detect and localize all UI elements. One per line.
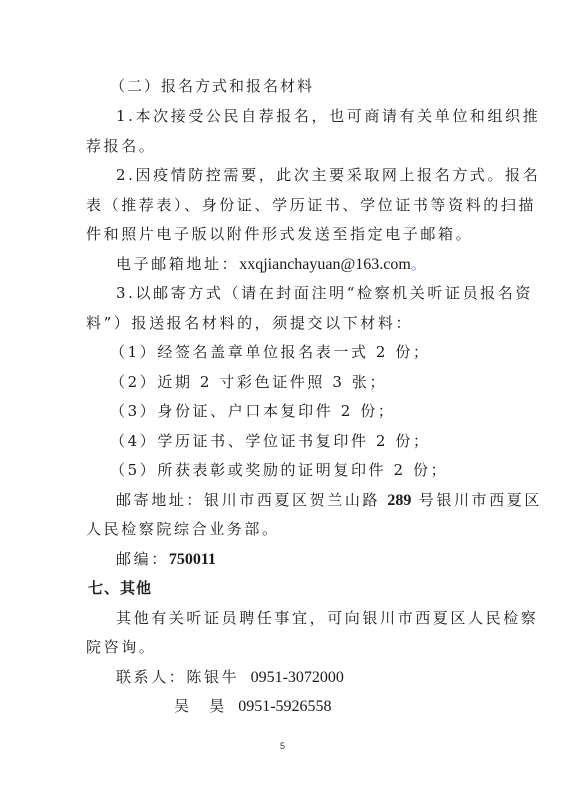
section-heading: （二）报名方式和报名材料 — [110, 76, 514, 96]
email-line: 电子邮箱地址：xxqjianchayuan@163.com。 — [116, 254, 520, 275]
mailing-address-line-2: 人民检察院综合业务部。 — [86, 519, 490, 539]
document-page: （二）报名方式和报名材料 1.本次接受公民自荐报名，也可商请有关单位和组织推 荐… — [0, 0, 565, 800]
paragraph-3-line-1: 3.以邮寄方式（请在封面注明“检察机关听证员报名资 — [116, 283, 520, 303]
materials-item-4: （4）学历证书、学位证书复印件 2 份； — [110, 431, 514, 451]
contact-phone: 0951-5926558 — [238, 698, 331, 715]
paragraph-1-line-2: 荐报名。 — [86, 136, 490, 156]
mailing-address-part: 号银川市西夏区 — [411, 491, 542, 509]
postcode-label: 邮编： — [116, 550, 169, 568]
mailing-address-label: 邮寄地址： — [116, 491, 204, 509]
paragraph-3-line-2: 料”）报送报名材料的，须提交以下材料： — [86, 313, 490, 333]
paragraph-2-line-3: 件和照片电子版以附件形式发送至指定电子邮箱。 — [86, 224, 490, 244]
paragraph-2-line-2: 表（推荐表）、身份证、学历证书、学位证书等资料的扫描 — [86, 195, 490, 215]
contacts-label: 联系人： — [116, 668, 186, 686]
email-label: 电子邮箱地址： — [116, 255, 239, 273]
mailing-address-line-1: 邮寄地址：银川市西夏区贺兰山路 289 号银川市西夏区 — [116, 490, 520, 511]
contact-name: 陈银牛 — [186, 668, 239, 686]
postcode-line: 邮编：750011 — [116, 549, 520, 570]
paragraph-1-line-1: 1.本次接受公民自荐报名，也可商请有关单位和组织推 — [116, 106, 520, 126]
contact-line-1: 联系人：陈银牛 0951-3072000 — [116, 667, 520, 688]
postcode-value: 750011 — [169, 551, 216, 568]
materials-item-3: （3）身份证、户口本复印件 2 份； — [110, 401, 514, 421]
email-address[interactable]: xxqjianchayuan@163.com — [239, 256, 411, 273]
contact-name: 吴 昊 — [174, 697, 227, 715]
contact-line-2: 吴 昊 0951-5926558 — [174, 696, 565, 717]
other-line-1: 其他有关听证员聘任事宜，可向银川市西夏区人民检察 — [116, 608, 520, 628]
materials-item-5: （5）所获表彰或奖励的证明复印件 2 份； — [110, 460, 514, 480]
email-suffix: 。 — [411, 255, 429, 273]
page-number: 5 — [0, 741, 565, 751]
other-line-2: 院咨询。 — [86, 637, 490, 657]
materials-item-1: （1）经签名盖章单位报名表一式 2 份； — [110, 342, 514, 362]
mailing-address-part: 银川市西夏区贺兰山路 — [204, 491, 387, 509]
street-number: 289 — [387, 492, 411, 509]
paragraph-2-line-1: 2.因疫情防控需要，此次主要采取网上报名方式。报名 — [116, 165, 520, 185]
contact-phone: 0951-3072000 — [251, 669, 344, 686]
materials-item-2: （2）近期 2 寸彩色证件照 3 张； — [110, 372, 514, 392]
section-7-heading: 七、其他 — [88, 578, 492, 598]
